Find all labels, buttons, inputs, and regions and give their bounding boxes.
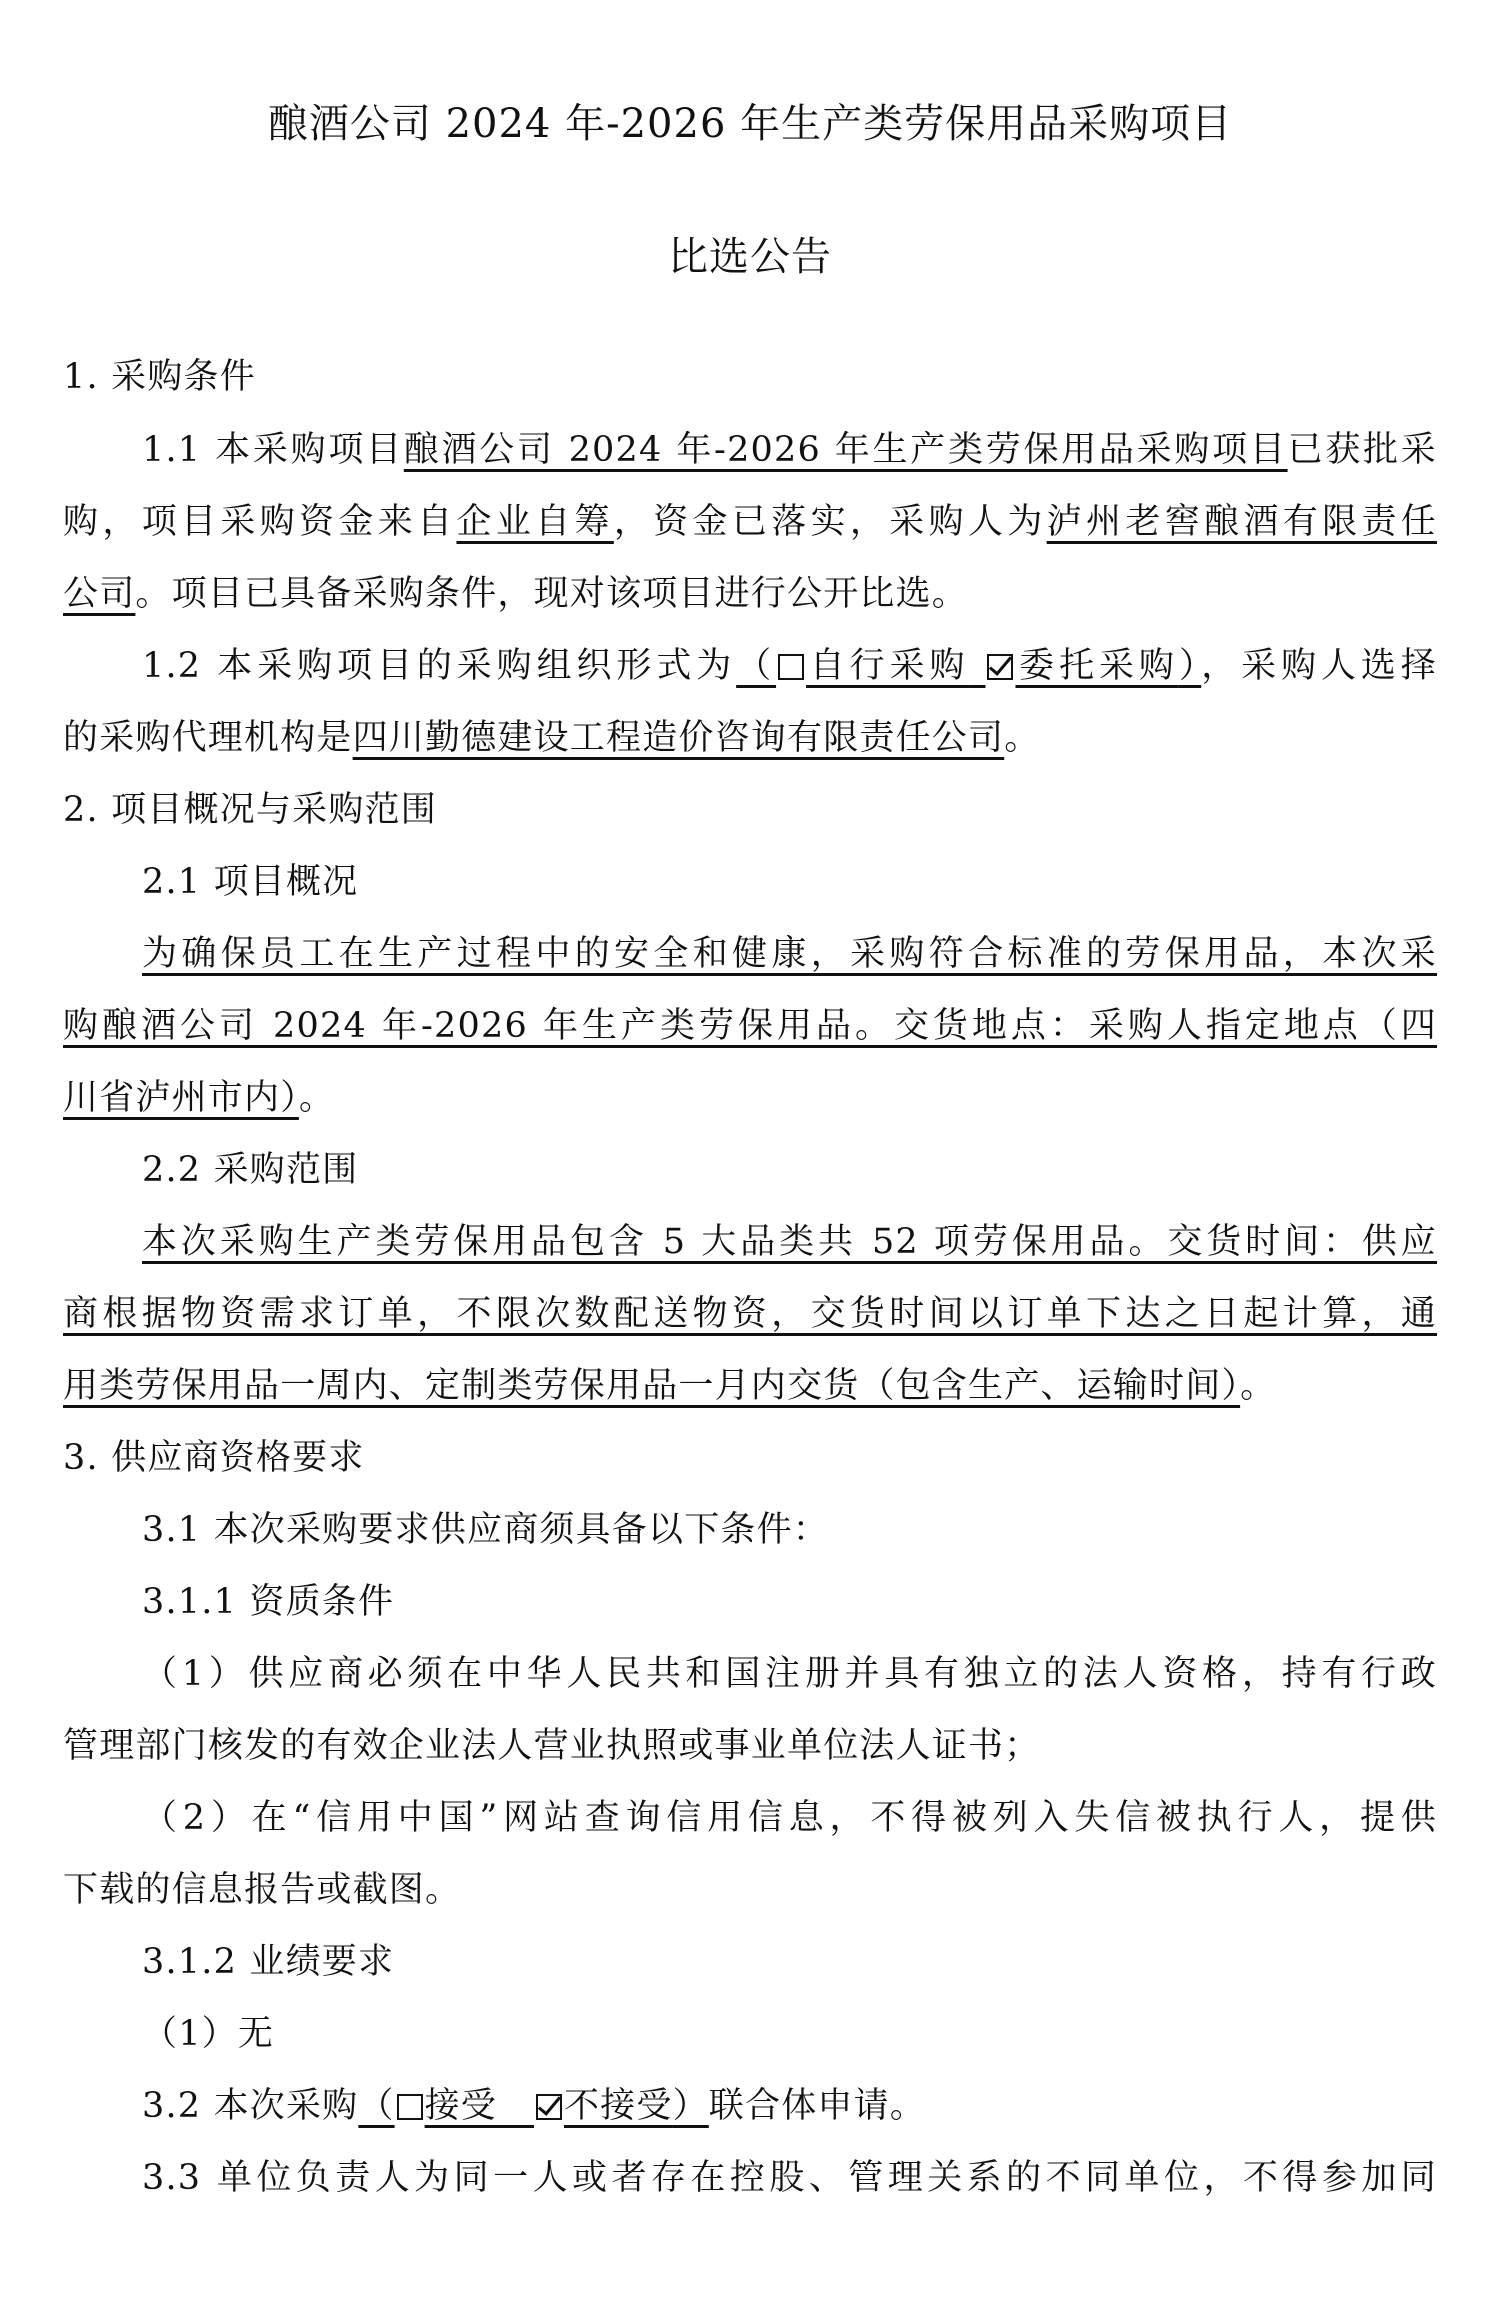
purchaser-name: 泸州老窖酿酒有限责任 — [1047, 502, 1437, 542]
para-1-2-line-1: 1.2 本采购项目的采购组织形式为（自行采购 委托采购），采购人选择 — [142, 644, 1437, 688]
overview-line-1: 为确保员工在生产过程中的安全和健康，采购符合标准的劳保用品，本次采 — [142, 932, 1437, 976]
qualification-2-line-2: 下载的信息报告或截图。 — [63, 1868, 1437, 1912]
para-1-1-line-1: 1.1 本采购项目酿酒公司 2024 年-2026 年生产类劳保用品采购项目已获… — [142, 428, 1437, 472]
qualification-2-line-1: （2）在“信用中国”网站查询信用信息，不得被列入失信被执行人，提供 — [142, 1796, 1437, 1840]
checkbox-self-procurement[interactable] — [778, 654, 804, 680]
scope-line-3: 用类劳保用品一周内、定制类劳保用品一月内交货（包含生产、运输时间）。 — [63, 1364, 1437, 1408]
scope-line-2: 商根据物资需求订单，不限次数配送物资，交货时间以订单下达之日起计算，通 — [63, 1292, 1437, 1336]
qualification-1-line-2: 管理部门核发的有效企业法人营业执照或事业单位法人证书； — [63, 1724, 1437, 1768]
checkbox-reject-consortium[interactable] — [536, 2094, 562, 2120]
fund-source: 企业自筹 — [456, 502, 613, 542]
checkbox-accept-consortium[interactable] — [397, 2094, 423, 2120]
para-1-1-line-2: 购，项目采购资金来自企业自筹，资金已落实，采购人为泸州老窖酿酒有限责任 — [63, 500, 1437, 544]
subsection-3-2: 3.2 本次采购（接受 不接受）联合体申请。 — [142, 2084, 1437, 2128]
document-title: 酿酒公司 2024 年-2026 年生产类劳保用品采购项目 — [0, 92, 1500, 149]
document-subtitle: 比选公告 — [0, 225, 1500, 282]
section-1-heading: 1. 采购条件 — [63, 355, 1437, 399]
procurement-form-options: （自行采购 委托采购） — [736, 646, 1201, 686]
para-1-1-line-3: 公司。项目已具备采购条件，现对该项目进行公开比选。 — [63, 572, 1437, 616]
subsection-3-1: 3.1 本次采购要求供应商须具备以下条件： — [142, 1508, 1437, 1552]
subsection-2-2-heading: 2.2 采购范围 — [142, 1148, 1437, 1192]
subsection-2-1-heading: 2.1 项目概况 — [142, 860, 1437, 904]
overview-line-2: 购酿酒公司 2024 年-2026 年生产类劳保用品。交货地点：采购人指定地点（… — [63, 1004, 1437, 1048]
qualification-1-line-1: （1）供应商必须在中华人民共和国注册并具有独立的法人资格，持有行政 — [142, 1652, 1437, 1696]
agency-name: 四川勤德建设工程造价咨询有限责任公司 — [353, 718, 1005, 758]
subsection-3-1-1: 3.1.1 资质条件 — [142, 1580, 1437, 1624]
section-2-heading: 2. 项目概况与采购范围 — [63, 788, 1437, 832]
subsection-3-3: 3.3 单位负责人为同一人或者存在控股、管理关系的不同单位，不得参加同 — [142, 2156, 1437, 2200]
para-1-2-line-2: 的采购代理机构是四川勤德建设工程造价咨询有限责任公司。 — [63, 716, 1437, 760]
project-name: 酿酒公司 2024 年-2026 年生产类劳保用品采购项目 — [404, 430, 1288, 470]
consortium-options: （接受 不接受） — [358, 2086, 708, 2126]
subsection-3-1-2: 3.1.2 业绩要求 — [142, 1940, 1437, 1984]
overview-line-3: 川省泸州市内）。 — [63, 1076, 1437, 1120]
performance-1: （1）无 — [142, 2012, 1437, 2056]
checkbox-entrusted-procurement[interactable] — [987, 654, 1013, 680]
section-3-heading: 3. 供应商资格要求 — [63, 1436, 1437, 1480]
scope-line-1: 本次采购生产类劳保用品包含 5 大品类共 52 项劳保用品。交货时间：供应 — [142, 1220, 1437, 1264]
